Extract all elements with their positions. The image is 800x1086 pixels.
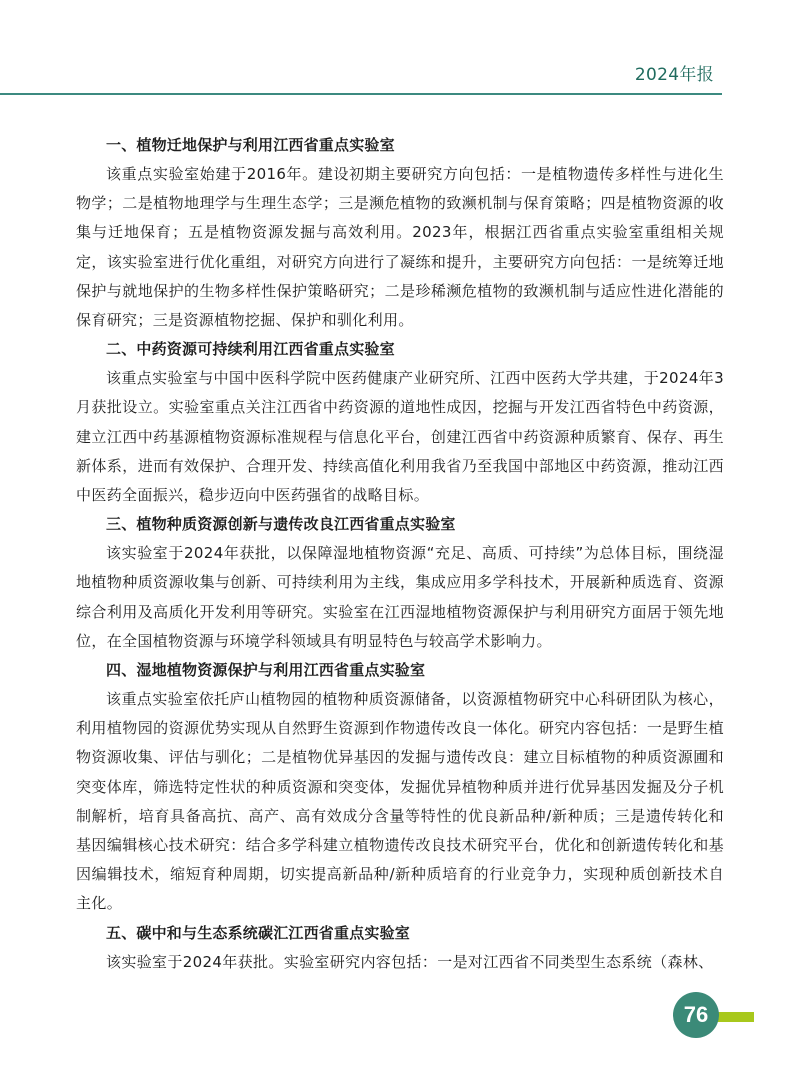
header-divider (0, 93, 722, 95)
section-heading: 四、湿地植物资源保护与利用江西省重点实验室 (76, 656, 724, 685)
page-content: 一、植物迁地保护与利用江西省重点实验室 该重点实验室始建于2016年。建设初期主… (76, 131, 724, 977)
section-4: 四、湿地植物资源保护与利用江西省重点实验室 该重点实验室依托庐山植物园的植物种质… (76, 656, 724, 919)
section-body: 该重点实验室依托庐山植物园的植物种质资源储备，以资源植物研究中心科研团队为核心，… (76, 685, 724, 919)
section-heading: 三、植物种质资源创新与遗传改良江西省重点实验室 (76, 510, 724, 539)
section-body: 该重点实验室与中国中医科学院中医药健康产业研究所、江西中医药大学共建，于2024… (76, 364, 724, 510)
section-5: 五、碳中和与生态系统碳汇江西省重点实验室 该实验室于2024年获批。实验室研究内… (76, 919, 724, 977)
section-heading: 五、碳中和与生态系统碳汇江西省重点实验室 (76, 919, 724, 948)
section-body: 该重点实验室始建于2016年。建设初期主要研究方向包括：一是植物遗传多样性与进化… (76, 160, 724, 335)
section-heading: 一、植物迁地保护与利用江西省重点实验室 (76, 131, 724, 160)
report-title: 2024年报 (0, 60, 714, 85)
section-body: 该实验室于2024年获批。实验室研究内容包括：一是对江西省不同类型生态系统（森林… (76, 948, 724, 977)
section-2: 二、中药资源可持续利用江西省重点实验室 该重点实验室与中国中医科学院中医药健康产… (76, 335, 724, 510)
section-1: 一、植物迁地保护与利用江西省重点实验室 该重点实验室始建于2016年。建设初期主… (76, 131, 724, 335)
section-3: 三、植物种质资源创新与遗传改良江西省重点实验室 该实验室于2024年获批，以保障… (76, 510, 724, 656)
page-number-badge: 76 (673, 992, 719, 1038)
section-heading: 二、中药资源可持续利用江西省重点实验室 (76, 335, 724, 364)
page-accent-bar (716, 1012, 754, 1022)
section-body: 该实验室于2024年获批，以保障湿地植物资源“充足、高质、可持续”为总体目标，围… (76, 539, 724, 656)
